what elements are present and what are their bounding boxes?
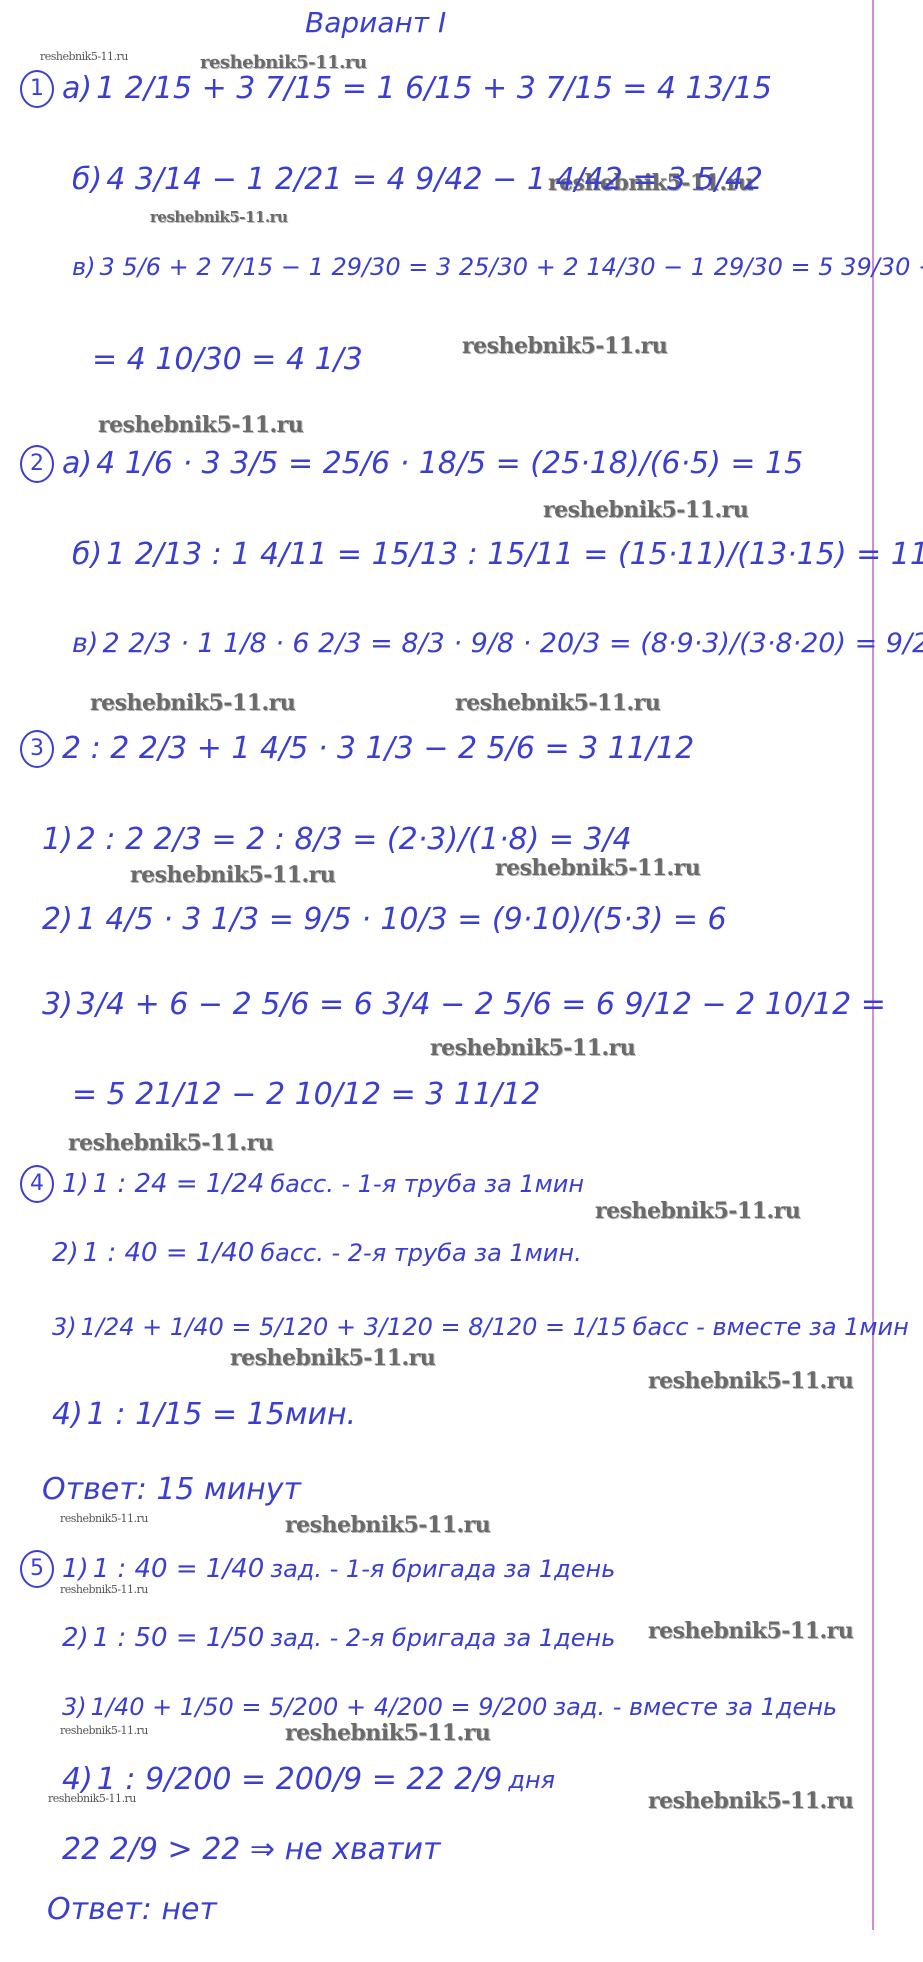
equation: 4 1/6 · 3 3/5 = 25/6 · 18/5 = (25·18)/(6… <box>96 449 803 479</box>
task4-step2: 2) 1 : 40 = 1/40 басс. - 2-я труба за 1м… <box>50 1240 582 1266</box>
watermark: reshebnik5-11.ru <box>285 1720 490 1746</box>
task-number: 2 <box>20 445 54 483</box>
step-label: 3) <box>52 1315 77 1339</box>
step-label: 2) <box>42 905 73 935</box>
step-note: зад. - вместе за 1день <box>553 1695 837 1719</box>
task5-compare: 22 2/9 > 22 ⇒ не хватит <box>60 1835 442 1865</box>
item-label: а) <box>62 74 92 104</box>
watermark: reshebnik5-11.ru <box>150 208 287 226</box>
task4-answer: Ответ: 15 минут <box>40 1475 303 1505</box>
task-number: 4 <box>20 1165 54 1203</box>
watermark: reshebnik5-11.ru <box>495 855 700 881</box>
equation: 1 : 24 = 1/24 <box>93 1171 265 1197</box>
watermark: reshebnik5-11.ru <box>68 1130 273 1156</box>
watermark: reshebnik5-11.ru <box>230 1345 435 1371</box>
task4-step1: 4 1) 1 : 24 = 1/24 басс. - 1-я труба за … <box>20 1165 584 1203</box>
task2-b-line: б) 1 2/13 : 1 4/11 = 15/13 : 15/11 = (15… <box>70 540 923 570</box>
item-label: б) <box>72 540 102 570</box>
watermark: reshebnik5-11.ru <box>60 1512 148 1525</box>
watermark: reshebnik5-11.ru <box>462 333 667 359</box>
task5-answer: Ответ: нет <box>45 1895 219 1925</box>
step-label: 4) <box>52 1400 83 1430</box>
task3-step3-continuation: = 5 21/12 − 2 10/12 = 3 11/12 <box>70 1080 542 1110</box>
task2-v-line: в) 2 2/3 · 1 1/8 · 6 2/3 = 8/3 · 9/8 · 2… <box>70 630 923 657</box>
task3-step2: 2) 1 4/5 · 3 1/3 = 9/5 · 10/3 = (9·10)/(… <box>40 905 729 935</box>
task5-step2: 2) 1 : 50 = 1/50 зад. - 2-я бригада за 1… <box>60 1625 615 1651</box>
step-note: зад. - 2-я бригада за 1день <box>270 1626 615 1650</box>
watermark: reshebnik5-11.ru <box>648 1368 853 1394</box>
equation: 4 3/14 − 1 2/21 = 4 9/42 − 1 4/42 = 3 5/… <box>106 165 763 195</box>
equation: 22 2/9 > 22 ⇒ не хватит <box>62 1835 440 1865</box>
equation: 2 2/3 · 1 1/8 · 6 2/3 = 8/3 · 9/8 · 20/3… <box>102 630 923 657</box>
equation: = 4 10/30 = 4 1/3 <box>92 345 363 375</box>
equation: 1 : 40 = 1/40 <box>93 1556 265 1582</box>
task3-main-line: 3 2 : 2 2/3 + 1 4/5 · 3 1/3 − 2 5/6 = 3 … <box>20 730 696 768</box>
watermark: reshebnik5-11.ru <box>595 1198 800 1224</box>
watermark: reshebnik5-11.ru <box>90 690 295 716</box>
step-label: 1) <box>62 1171 89 1197</box>
step-note: дня <box>508 1768 555 1792</box>
item-label: а) <box>62 449 92 479</box>
page-title: Вариант I <box>305 6 446 39</box>
equation: 1 : 1/15 = 15мин. <box>87 1400 356 1430</box>
equation: 2 : 2 2/3 = 2 : 8/3 = (2·3)/(1·8) = 3/4 <box>77 825 632 855</box>
task1-v-continuation: = 4 10/30 = 4 1/3 <box>90 345 365 375</box>
task-number: 1 <box>20 70 54 108</box>
task5-step4: 4) 1 : 9/200 = 200/9 = 22 2/9 дня <box>60 1765 555 1795</box>
equation: 1 : 50 = 1/50 <box>93 1625 265 1651</box>
step-label: 1) <box>42 825 73 855</box>
step-label: 2) <box>52 1240 79 1266</box>
step-note: басс. - 2-я труба за 1мин. <box>260 1241 581 1265</box>
step-label: 4) <box>62 1765 93 1795</box>
step-label: 3) <box>62 1695 87 1719</box>
task5-step3: 3) 1/40 + 1/50 = 5/200 + 4/200 = 9/200 з… <box>60 1695 837 1719</box>
task-number: 3 <box>20 730 54 768</box>
answer-text: Ответ: нет <box>47 1895 217 1925</box>
equation: 1 2/15 + 3 7/15 = 1 6/15 + 3 7/15 = 4 13… <box>96 74 772 104</box>
equation: 1 : 40 = 1/40 <box>83 1240 255 1266</box>
watermark: reshebnik5-11.ru <box>648 1788 853 1814</box>
step-note: зад. - 1-я бригада за 1день <box>270 1557 615 1581</box>
watermark: reshebnik5-11.ru <box>98 412 303 438</box>
watermark: reshebnik5-11.ru <box>455 690 660 716</box>
task3-step1: 1) 2 : 2 2/3 = 2 : 8/3 = (2·3)/(1·8) = 3… <box>40 825 634 855</box>
task1-a-line: 1 а) 1 2/15 + 3 7/15 = 1 6/15 + 3 7/15 =… <box>20 70 774 108</box>
task1-v-line: в) 3 5/6 + 2 7/15 − 1 29/30 = 3 25/30 + … <box>70 255 923 279</box>
watermark: reshebnik5-11.ru <box>40 50 128 63</box>
equation: 2 : 2 2/3 + 1 4/5 · 3 1/3 − 2 5/6 = 3 11… <box>62 734 694 764</box>
step-note: басс - вместе за 1мин <box>633 1315 909 1339</box>
item-label: в) <box>72 255 96 279</box>
equation: 1/40 + 1/50 = 5/200 + 4/200 = 9/200 <box>91 1695 548 1719</box>
equation: 1/24 + 1/40 = 5/120 + 3/120 = 8/120 = 1/… <box>81 1315 627 1339</box>
item-label: б) <box>72 165 102 195</box>
task3-step3: 3) 3/4 + 6 − 2 5/6 = 6 3/4 − 2 5/6 = 6 9… <box>40 990 888 1020</box>
watermark: reshebnik5-11.ru <box>430 1035 635 1061</box>
equation: 1 4/5 · 3 1/3 = 9/5 · 10/3 = (9·10)/(5·3… <box>77 905 727 935</box>
task5-step1: 5 1) 1 : 40 = 1/40 зад. - 1-я бригада за… <box>20 1550 615 1588</box>
equation: 3/4 + 6 − 2 5/6 = 6 3/4 − 2 5/6 = 6 9/12… <box>77 990 886 1020</box>
watermark: reshebnik5-11.ru <box>648 1618 853 1644</box>
step-label: 1) <box>62 1556 89 1582</box>
watermark: reshebnik5-11.ru <box>60 1724 148 1737</box>
task1-b-line: б) 4 3/14 − 1 2/21 = 4 9/42 − 1 4/42 = 3… <box>70 165 765 195</box>
equation: = 5 21/12 − 2 10/12 = 3 11/12 <box>72 1080 540 1110</box>
equation: 1 2/13 : 1 4/11 = 15/13 : 15/11 = (15·11… <box>106 540 923 570</box>
step-label: 2) <box>62 1625 89 1651</box>
task-number: 5 <box>20 1550 54 1588</box>
task4-step3: 3) 1/24 + 1/40 = 5/120 + 3/120 = 8/120 =… <box>50 1315 909 1339</box>
watermark: reshebnik5-11.ru <box>543 497 748 523</box>
watermark: reshebnik5-11.ru <box>285 1512 490 1538</box>
step-label: 3) <box>42 990 73 1020</box>
task4-step4: 4) 1 : 1/15 = 15мин. <box>50 1400 358 1430</box>
task2-a-line: 2 а) 4 1/6 · 3 3/5 = 25/6 · 18/5 = (25·1… <box>20 445 805 483</box>
step-note: басс. - 1-я труба за 1мин <box>270 1172 584 1196</box>
equation: 3 5/6 + 2 7/15 − 1 29/30 = 3 25/30 + 2 1… <box>100 255 923 279</box>
item-label: в) <box>72 630 98 657</box>
answer-text: Ответ: 15 минут <box>42 1475 301 1505</box>
page-margin-line <box>872 0 874 1930</box>
equation: 1 : 9/200 = 200/9 = 22 2/9 <box>97 1765 503 1795</box>
watermark: reshebnik5-11.ru <box>130 862 335 888</box>
